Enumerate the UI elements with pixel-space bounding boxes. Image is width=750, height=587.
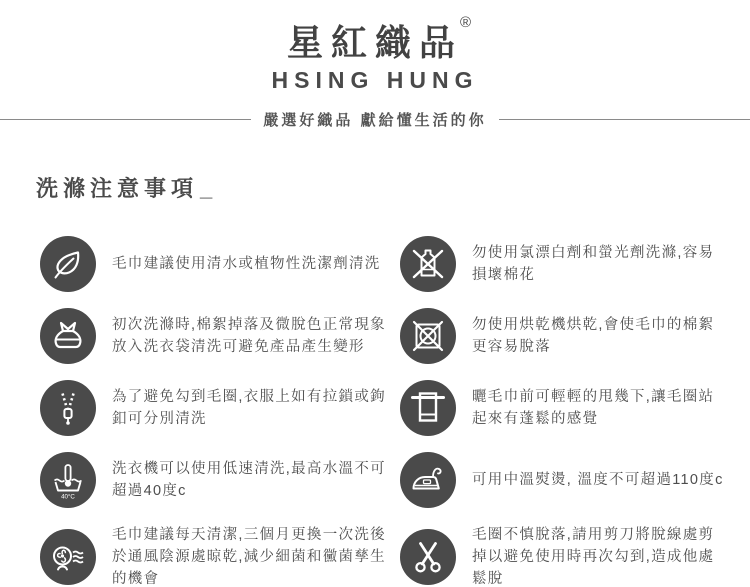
- care-item: 曬毛巾前可輕輕的甩幾下,讓毛圈站起來有蓬鬆的感覺: [400, 380, 726, 436]
- care-item-text: 毛巾建議每天清潔,三個月更換一次洗後於通風陰源處晾乾,減少細菌和黴菌孳生的機會: [112, 524, 398, 587]
- care-item: 40°C 洗衣機可以使用低速清洗,最高水溫不可超過40度c: [40, 452, 400, 508]
- care-item: 毛巾建議使用清水或植物性洗潔劑清洗: [40, 236, 400, 292]
- care-item-text: 勿使用氯漂白劑和螢光劑洗滌,容易損壞棉花: [472, 242, 726, 286]
- care-item-text: 為了避免勾到毛圈,衣服上如有拉鎖或鉤釦可分別清洗: [112, 386, 398, 430]
- care-item-text: 初次洗滌時,棉絮掉落及微脫色正常現象放入洗衣袋清洗可避免產品產生變形: [112, 314, 398, 358]
- care-item-text: 毛巾建議使用清水或植物性洗潔劑清洗: [112, 253, 381, 275]
- care-item: 勿使用烘乾機烘乾,會使毛巾的棉絮更容易脫落: [400, 308, 726, 364]
- care-item: 初次洗滌時,棉絮掉落及微脫色正常現象放入洗衣袋清洗可避免產品產生變形: [40, 308, 400, 364]
- divider-line-left: [0, 119, 251, 120]
- registered-trademark-mark: ®: [460, 14, 471, 31]
- scissors-icon: [400, 529, 456, 585]
- divider-line-right: [499, 119, 750, 120]
- leaf-icon: [40, 236, 96, 292]
- wash-temperature-icon: 40°C: [40, 452, 96, 508]
- no-bleach-icon: [400, 236, 456, 292]
- brand-header: 星紅織品 ® HSING HUNG: [0, 0, 750, 94]
- care-item: 勿使用氯漂白劑和螢光劑洗滌,容易損壞棉花: [400, 236, 726, 292]
- wash-temperature-label: 40°C: [61, 494, 75, 501]
- care-item-text: 勿使用烘乾機烘乾,會使毛巾的棉絮更容易脫落: [472, 314, 726, 358]
- care-item: 可用中溫熨燙, 溫度不可超過110度c: [400, 452, 726, 508]
- tagline-divider: 嚴選好織品 獻給懂生活的你: [0, 109, 750, 130]
- iron-icon: [400, 452, 456, 508]
- section-title-underscore: _: [200, 176, 212, 201]
- section-title: 洗滌注意事項_: [36, 172, 750, 203]
- shake-towel-icon: [400, 380, 456, 436]
- care-item-text: 曬毛巾前可輕輕的甩幾下,讓毛圈站起來有蓬鬆的感覺: [472, 386, 726, 430]
- care-item: 為了避免勾到毛圈,衣服上如有拉鎖或鉤釦可分別清洗: [40, 380, 400, 436]
- care-item: 毛圈不慎脫落,請用剪刀將脫線處剪掉以避免使用時再次勾到,造成他處鬆脫: [400, 524, 726, 587]
- care-item-text: 洗衣機可以使用低速清洗,最高水溫不可超過40度c: [112, 458, 398, 502]
- air-dry-fan-icon: [40, 529, 96, 585]
- no-tumble-dry-icon: [400, 308, 456, 364]
- brand-name-english: HSING HUNG: [0, 67, 750, 94]
- care-instructions-grid: 毛巾建議使用清水或植物性洗潔劑清洗 勿使用氯漂白劑和螢光劑洗滌,容易損壞棉花: [40, 236, 726, 587]
- section-title-text: 洗滌注意事項: [36, 176, 198, 201]
- zipper-icon: [40, 380, 96, 436]
- care-item: 毛巾建議每天清潔,三個月更換一次洗後於通風陰源處晾乾,減少細菌和黴菌孳生的機會: [40, 524, 400, 587]
- brand-tagline: 嚴選好織品 獻給懂生活的你: [251, 109, 498, 130]
- care-item-text: 毛圈不慎脫落,請用剪刀將脫線處剪掉以避免使用時再次勾到,造成他處鬆脫: [472, 524, 726, 587]
- care-instructions-page: 星紅織品 ® HSING HUNG 嚴選好織品 獻給懂生活的你 洗滌注意事項_ …: [0, 0, 750, 587]
- laundry-bag-icon: [40, 308, 96, 364]
- brand-name-chinese: 星紅織品: [287, 22, 463, 63]
- care-item-text: 可用中溫熨燙, 溫度不可超過110度c: [472, 469, 724, 491]
